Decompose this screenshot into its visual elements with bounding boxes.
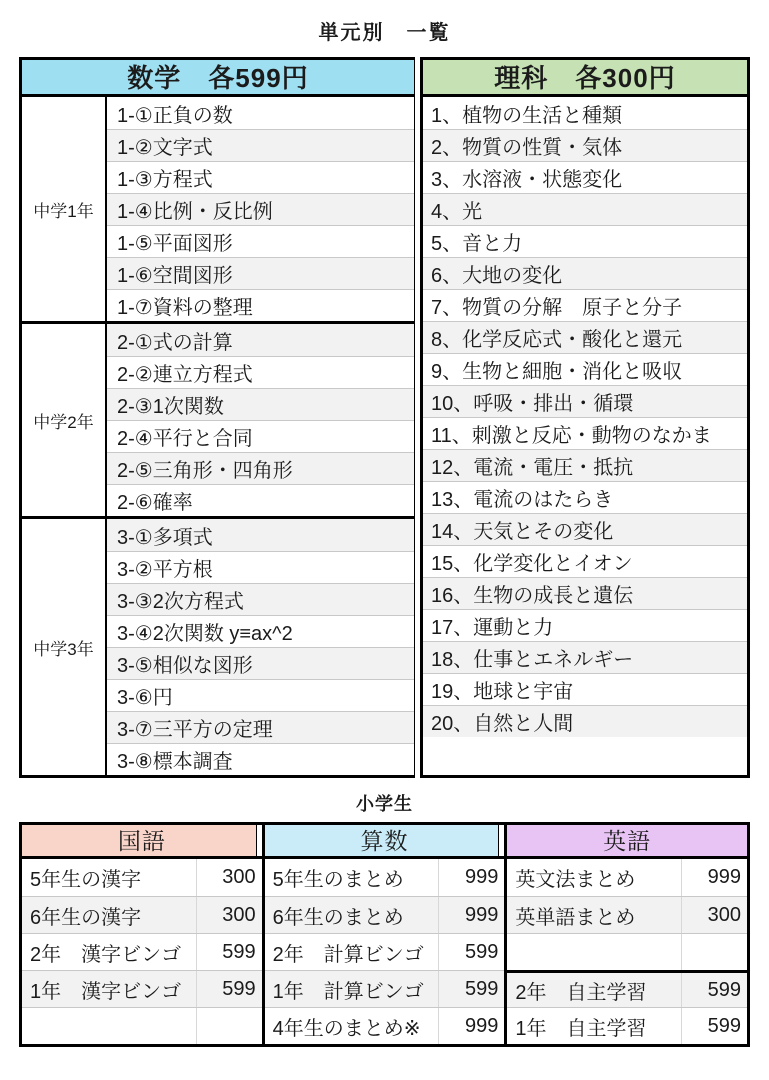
product-row: 2年 計算ビンゴ 599 (265, 933, 505, 970)
math-unit-row: 2-⑥確率 (107, 484, 414, 516)
science-topic-row: 19、地球と宇宙 (423, 673, 747, 705)
product-price: 999 (438, 859, 504, 896)
product-name: 英単語まとめ (507, 897, 681, 933)
science-topic-row: 13、電流のはたらき (423, 481, 747, 513)
product-name: 1年 自主学習 (507, 1008, 681, 1044)
product-row: 英文法まとめ 999 (507, 859, 747, 896)
science-panel: 理科 各300円 1、植物の生活と種類 2、物質の性質・気体 3、水溶液・状態変… (420, 57, 750, 778)
product-row (507, 933, 747, 970)
science-topic-row: 15、化学変化とイオン (423, 545, 747, 577)
math-unit-row: 2-①式の計算 (107, 324, 414, 356)
science-topic-row: 16、生物の成長と遺伝 (423, 577, 747, 609)
science-topic-row: 6、大地の変化 (423, 257, 747, 289)
science-topic-row: 12、電流・電圧・抵抗 (423, 449, 747, 481)
math-unit-row: 3-⑧標本調査 (107, 743, 414, 775)
product-name: 英文法まとめ (507, 859, 681, 896)
math-unit-row: 1-②文字式 (107, 129, 414, 161)
grade-group: 中学1年 1-①正負の数 1-②文字式 1-③方程式 1-④比例・反比例 (22, 97, 414, 321)
product-price: 999 (438, 897, 504, 933)
math-unit-row: 3-⑦三平方の定理 (107, 711, 414, 743)
elementary-section-title: 小学生 (0, 790, 769, 816)
math-unit-row: 1-⑦資料の整理 (107, 289, 414, 321)
product-price: 599 (438, 971, 504, 1007)
grade-group-label: 中学3年 (22, 519, 107, 775)
product-price (681, 934, 747, 970)
science-topic-row: 18、仕事とエネルギー (423, 641, 747, 673)
science-topic-row: 11、刺激と反応・動物のなかま (423, 417, 747, 449)
page: 単元別 一覧 数学 各599円 中学1年 1-①正負の数 1-②文字式 (0, 0, 769, 1047)
math-unit-row: 2-⑤三角形・四角形 (107, 452, 414, 484)
math-unit-row: 1-⑤平面図形 (107, 225, 414, 257)
unit-price-table: 数学 各599円 中学1年 1-①正負の数 1-②文字式 1-③方程式 (19, 57, 750, 778)
product-row: 2年 自主学習 599 (507, 970, 747, 1007)
product-row: 2年 漢字ビンゴ 599 (22, 933, 262, 970)
math-unit-row: 1-③方程式 (107, 161, 414, 193)
product-row: 1年 漢字ビンゴ 599 (22, 970, 262, 1007)
product-name: 6年生のまとめ (265, 897, 439, 933)
product-row: 英単語まとめ 300 (507, 896, 747, 933)
product-row: 6年生のまとめ 999 (265, 896, 505, 933)
product-price: 599 (681, 1008, 747, 1044)
sansu-rows: 5年生のまとめ 999 6年生のまとめ 999 2年 計算ビンゴ 599 (265, 859, 505, 1044)
science-topic-row: 5、音と力 (423, 225, 747, 257)
product-price: 999 (438, 1008, 504, 1044)
math-unit-row: 3-④2次関数 y≡ax^2 (107, 615, 414, 647)
product-price: 300 (196, 859, 262, 896)
sansu-column: 算数 5年生のまとめ 999 6年生のまとめ 999 2年 計算ビンゴ (262, 825, 505, 1044)
product-price: 599 (438, 934, 504, 970)
kokugo-column: 国語 5年生の漢字 300 6年生の漢字 300 2年 漢字ビンゴ (22, 825, 262, 1044)
grade-group-label: 中学2年 (22, 324, 107, 516)
science-topic-row: 17、運動と力 (423, 609, 747, 641)
product-name: 1年 漢字ビンゴ (22, 971, 196, 1007)
product-name: 5年生の漢字 (22, 859, 196, 896)
grade-group-label: 中学1年 (22, 97, 107, 321)
math-panel: 数学 各599円 中学1年 1-①正負の数 1-②文字式 1-③方程式 (19, 57, 415, 778)
math-unit-row: 1-①正負の数 (107, 97, 414, 129)
science-topic-row: 4、光 (423, 193, 747, 225)
science-topic-row: 10、呼吸・排出・循環 (423, 385, 747, 417)
science-topic-row: 9、生物と細胞・消化と吸収 (423, 353, 747, 385)
math-unit-row: 1-⑥空間図形 (107, 257, 414, 289)
product-name: 6年生の漢字 (22, 897, 196, 933)
kokugo-rows: 5年生の漢字 300 6年生の漢字 300 2年 漢字ビンゴ 599 (22, 859, 262, 1044)
science-topic-row: 14、天気とその変化 (423, 513, 747, 545)
science-topic-rows: 1、植物の生活と種類 2、物質の性質・気体 3、水溶液・状態変化 4、光 5、音… (423, 97, 747, 737)
elementary-price-table: 国語 5年生の漢字 300 6年生の漢字 300 2年 漢字ビンゴ (19, 822, 750, 1047)
product-price: 599 (681, 973, 747, 1007)
math-unit-row: 2-④平行と合同 (107, 420, 414, 452)
math-unit-row: 3-②平方根 (107, 551, 414, 583)
product-row: 6年生の漢字 300 (22, 896, 262, 933)
math-unit-row: 3-⑤相似な図形 (107, 647, 414, 679)
product-row: 5年生の漢字 300 (22, 859, 262, 896)
page-title: 単元別 一覧 (0, 0, 769, 44)
product-name (507, 934, 681, 970)
product-price: 599 (196, 934, 262, 970)
grade-group: 中学3年 3-①多項式 3-②平方根 3-③2次方程式 3-④2次関数 y≡ax… (22, 516, 414, 775)
eigo-header: 英語 (507, 825, 747, 859)
product-name: 1年 計算ビンゴ (265, 971, 439, 1007)
product-name: 4年生のまとめ※ (265, 1008, 439, 1044)
math-unit-row: 3-①多項式 (107, 519, 414, 551)
science-empty-filler (423, 737, 747, 775)
math-subject-header: 数学 各599円 (22, 60, 414, 97)
science-topic-row: 8、化学反応式・酸化と還元 (423, 321, 747, 353)
product-price (196, 1008, 262, 1044)
product-row (22, 1007, 262, 1044)
math-unit-rows: 2-①式の計算 2-②連立方程式 2-③1次関数 2-④平行と合同 2-⑤三角形… (107, 324, 414, 516)
product-row: 4年生のまとめ※ 999 (265, 1007, 505, 1044)
product-name: 5年生のまとめ (265, 859, 439, 896)
science-topic-row: 3、水溶液・状態変化 (423, 161, 747, 193)
math-unit-row: 3-③2次方程式 (107, 583, 414, 615)
math-unit-row: 2-③1次関数 (107, 388, 414, 420)
product-row: 1年 自主学習 599 (507, 1007, 747, 1044)
eigo-column: 英語 英文法まとめ 999 英単語まとめ 300 (504, 825, 747, 1044)
science-subject-header: 理科 各300円 (423, 60, 747, 97)
science-topic-row: 7、物質の分解 原子と分子 (423, 289, 747, 321)
product-name: 2年 計算ビンゴ (265, 934, 439, 970)
product-row: 5年生のまとめ 999 (265, 859, 505, 896)
math-unit-row: 2-②連立方程式 (107, 356, 414, 388)
product-name: 2年 自主学習 (507, 973, 681, 1007)
math-unit-row: 3-⑥円 (107, 679, 414, 711)
science-topic-row: 2、物質の性質・気体 (423, 129, 747, 161)
sansu-header: 算数 (265, 825, 505, 859)
grade-group: 中学2年 2-①式の計算 2-②連立方程式 2-③1次関数 2-④平行と合同 (22, 321, 414, 516)
product-price: 999 (681, 859, 747, 896)
product-name (22, 1008, 196, 1044)
kokugo-header: 国語 (22, 825, 262, 859)
math-unit-row: 1-④比例・反比例 (107, 193, 414, 225)
math-unit-rows: 1-①正負の数 1-②文字式 1-③方程式 1-④比例・反比例 1-⑤平面図形 … (107, 97, 414, 321)
product-row: 1年 計算ビンゴ 599 (265, 970, 505, 1007)
product-price: 300 (196, 897, 262, 933)
science-topic-row: 1、植物の生活と種類 (423, 97, 747, 129)
eigo-rows: 英文法まとめ 999 英単語まとめ 300 2年 自主学習 (507, 859, 747, 1044)
math-grade-groups: 中学1年 1-①正負の数 1-②文字式 1-③方程式 1-④比例・反比例 (22, 97, 414, 775)
product-price: 599 (196, 971, 262, 1007)
product-price: 300 (681, 897, 747, 933)
math-unit-rows: 3-①多項式 3-②平方根 3-③2次方程式 3-④2次関数 y≡ax^2 3-… (107, 519, 414, 775)
product-name: 2年 漢字ビンゴ (22, 934, 196, 970)
science-topic-row: 20、自然と人間 (423, 705, 747, 737)
